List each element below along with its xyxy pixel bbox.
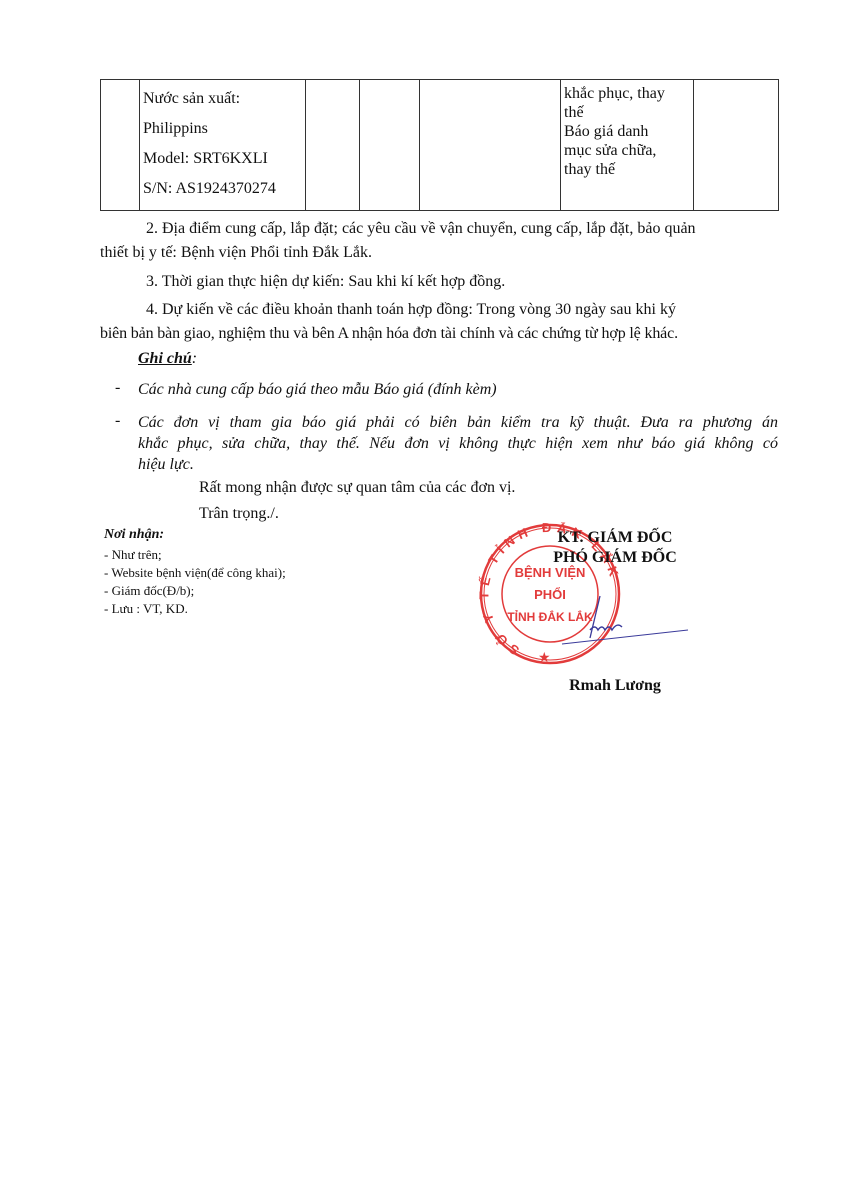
table-cell-index [101,80,140,211]
bullet-dash: - [115,379,120,397]
paragraph-delivery-location: 2. Địa điểm cung cấp, lắp đặt; các yêu c… [100,217,778,241]
table-cell-requirements: khắc phục, thay thế Báo giá danh mục sửa… [561,80,694,211]
paragraph-text: 4. Dự kiến về các điều khoản thanh toán … [146,301,676,318]
closing-regards: Trân trọng./. [199,505,279,523]
table-cell-unit [306,80,360,211]
signature-title-secondary: PHÓ GIÁM ĐỐC [540,549,690,567]
paragraph-timeline: 3. Thời gian thực hiện dự kiến: Sau khi … [100,270,778,294]
bullet-dash: - [115,412,120,430]
notes-heading: Ghi chú: [138,350,197,368]
recipient-item: - Lưu : VT, KD. [104,600,188,617]
recipient-item: - Website bệnh viện(để công khai); [104,564,286,581]
table-cell-price [420,80,561,211]
table-row: Nước sản xuất: Philippins Model: SRT6KXL… [101,80,779,211]
equipment-table: Nước sản xuất: Philippins Model: SRT6KXL… [100,79,779,211]
country-label: Nước sản xuất: [143,84,305,114]
recipient-item: - Giám đốc(Đ/b); [104,582,194,599]
paragraph-text: biên bản bàn giao, nghiệm thu và bên A n… [100,325,678,342]
serial-value: S/N: AS1924370274 [143,174,305,204]
model-value: Model: SRT6KXLI [143,144,305,174]
closing-line: Rất mong nhận được sự quan tâm của các đ… [199,479,515,497]
signature-title-primary: KT. GIÁM ĐỐC [540,529,690,547]
note-item: Các nhà cung cấp báo giá theo mẫu Báo gi… [138,379,778,400]
recipients-title: Nơi nhận: [104,527,164,543]
requirement-line: thế [564,103,693,122]
paragraph-payment-terms-cont: biên bản bàn giao, nghiệm thu và bên A n… [100,322,778,346]
table-cell-remarks [694,80,779,211]
paragraph-text: 3. Thời gian thực hiện dự kiến: Sau khi … [146,273,505,290]
requirement-line: Báo giá danh [564,122,693,141]
handwritten-signature [560,590,690,655]
paragraph-text: 2. Địa điểm cung cấp, lắp đặt; các yêu c… [146,220,696,237]
notes-colon: : [192,350,197,367]
paragraph-payment-terms: 4. Dự kiến về các điều khoản thanh toán … [100,298,778,322]
note-text: Các đơn vị tham gia báo giá phải có biên… [138,412,778,433]
signatory-name: Rmah Lương [540,677,690,695]
table-cell-description: Nước sản xuất: Philippins Model: SRT6KXL… [140,80,306,211]
table-cell-quantity [360,80,420,211]
requirement-line: khắc phục, thay [564,84,693,103]
note-item: Các đơn vị tham gia báo giá phải có biên… [138,412,778,475]
note-text: hiệu lực. [138,454,778,475]
paragraph-text: thiết bị y tế: Bệnh viện Phổi tỉnh Đắk L… [100,244,372,261]
paragraph-delivery-location-cont: thiết bị y tế: Bệnh viện Phổi tỉnh Đắk L… [100,241,778,265]
note-text: khắc phục, sửa chữa, thay thế. Nếu đơn v… [138,433,778,454]
note-text: Các nhà cung cấp báo giá theo mẫu Báo gi… [138,379,778,400]
notes-title: Ghi chú [138,350,192,367]
svg-text:BỆNH VIỆN: BỆNH VIỆN [515,565,586,580]
recipient-item: - Như trên; [104,546,162,563]
requirement-line: mục sửa chữa, [564,141,693,160]
svg-text:★: ★ [538,651,551,666]
requirement-line: thay thế [564,160,693,179]
country-value: Philippins [143,114,305,144]
